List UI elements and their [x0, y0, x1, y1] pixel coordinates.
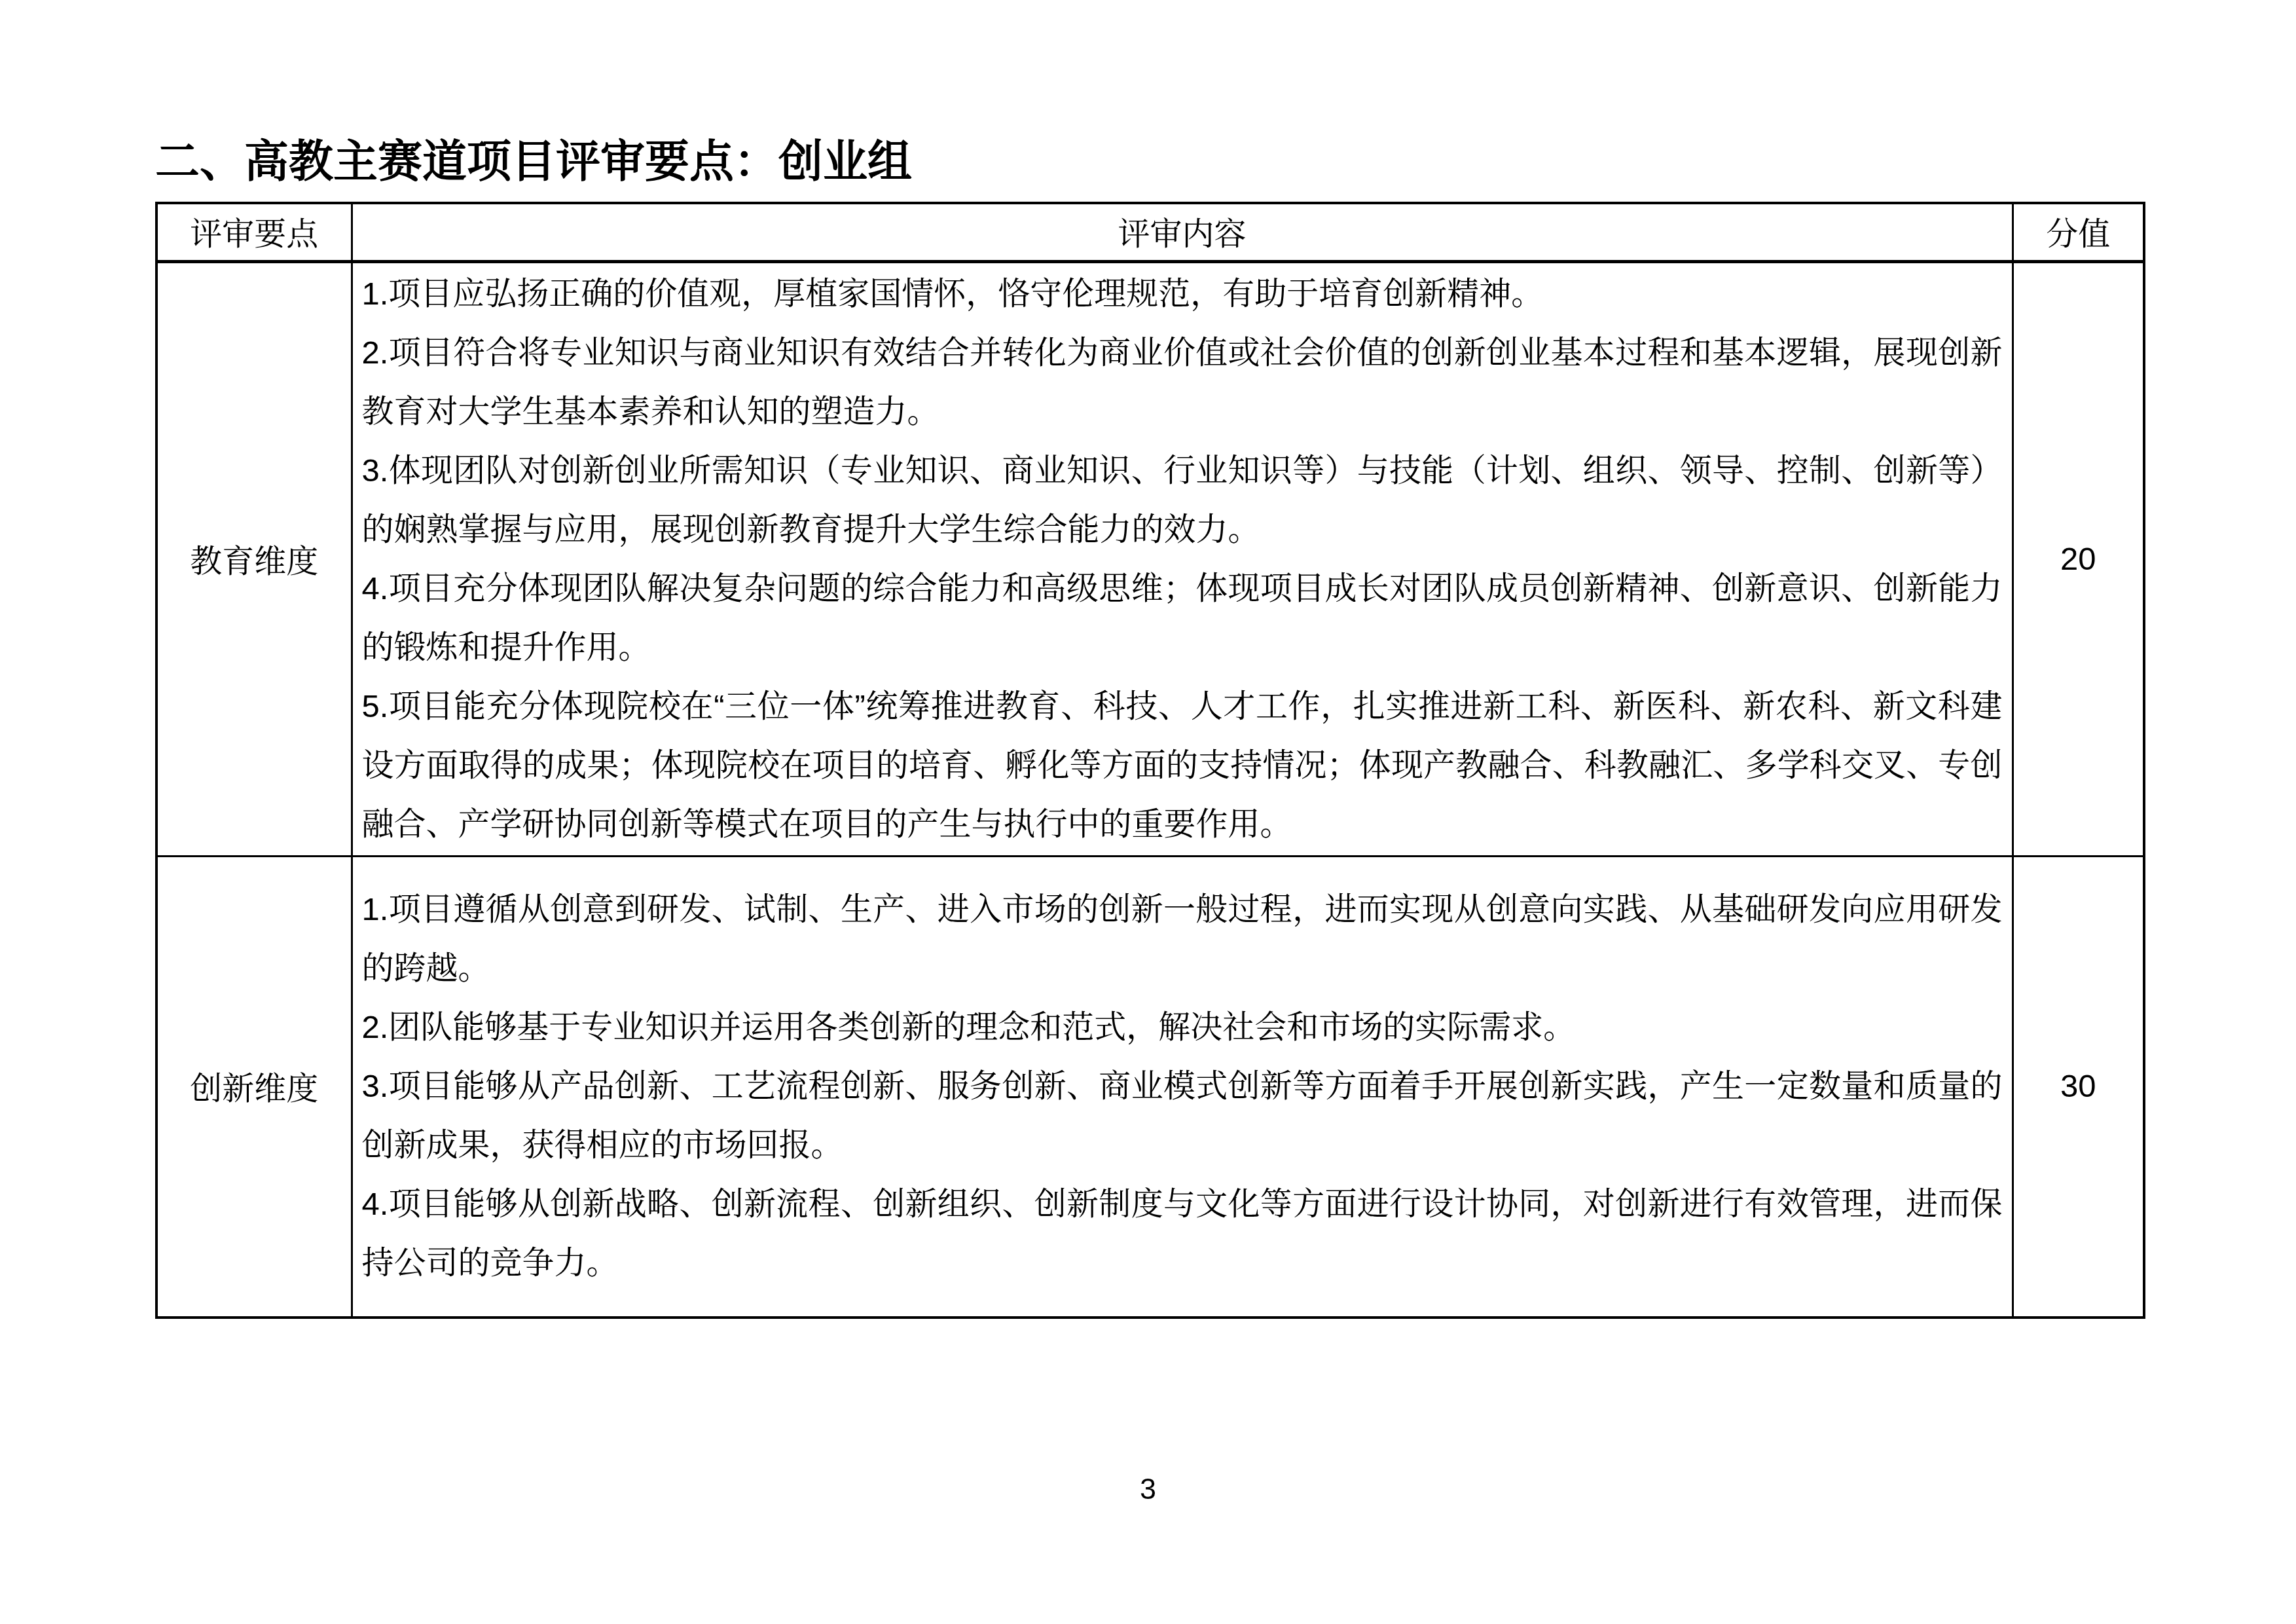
review-item: 4.项目充分体现团队解决复杂问题的综合能力和高级思维；体现项目成长对团队成员创新…	[362, 559, 2003, 677]
review-table: 评审要点 评审内容 分值 教育维度 1.项目应弘扬正确的价值观，厚植家国情怀，恪…	[155, 202, 2145, 1319]
cell-score-education: 20	[2013, 261, 2144, 856]
row-label-education-dimension: 教育维度	[156, 261, 352, 856]
table-row-education: 教育维度 1.项目应弘扬正确的价值观，厚植家国情怀，恪守伦理规范，有助于培育创新…	[156, 261, 2144, 856]
header-review-point: 评审要点	[156, 203, 352, 261]
review-item: 4.项目能够从创新战略、创新流程、创新组织、创新制度与文化等方面进行设计协同，对…	[362, 1175, 2003, 1293]
page-number: 3	[0, 1472, 2296, 1506]
review-item: 2.项目符合将专业知识与商业知识有效结合并转化为商业价值或社会价值的创新创业基本…	[362, 323, 2003, 441]
cell-review-content-education: 1.项目应弘扬正确的价值观，厚植家国情怀，恪守伦理规范，有助于培育创新精神。 2…	[352, 261, 2013, 856]
table-header-row: 评审要点 评审内容 分值	[156, 203, 2144, 261]
header-score: 分值	[2013, 203, 2144, 261]
table-row-innovation: 创新维度 1.项目遵循从创意到研发、试制、生产、进入市场的创新一般过程，进而实现…	[156, 856, 2144, 1318]
cell-score-innovation: 30	[2013, 856, 2144, 1318]
review-item: 3.体现团队对创新创业所需知识（专业知识、商业知识、行业知识等）与技能（计划、组…	[362, 441, 2003, 559]
review-item: 2.团队能够基于专业知识并运用各类创新的理念和范式，解决社会和市场的实际需求。	[362, 998, 2003, 1057]
row-label-innovation-dimension: 创新维度	[156, 856, 352, 1318]
review-item: 5.项目能充分体现院校在“三位一体”统筹推进教育、科技、人才工作，扎实推进新工科…	[362, 677, 2003, 854]
section-title: 二、高教主赛道项目评审要点：创业组	[155, 136, 912, 187]
review-item: 1.项目应弘扬正确的价值观，厚植家国情怀，恪守伦理规范，有助于培育创新精神。	[362, 265, 2003, 323]
cell-review-content-innovation: 1.项目遵循从创意到研发、试制、生产、进入市场的创新一般过程，进而实现从创意向实…	[352, 856, 2013, 1318]
review-item: 3.项目能够从产品创新、工艺流程创新、服务创新、商业模式创新等方面着手开展创新实…	[362, 1057, 2003, 1175]
header-review-content: 评审内容	[352, 203, 2013, 261]
review-item: 1.项目遵循从创意到研发、试制、生产、进入市场的创新一般过程，进而实现从创意向实…	[362, 880, 2003, 998]
document-page: 二、高教主赛道项目评审要点：创业组 评审要点 评审内容 分值 教育维度 1.项目…	[0, 0, 2296, 1624]
